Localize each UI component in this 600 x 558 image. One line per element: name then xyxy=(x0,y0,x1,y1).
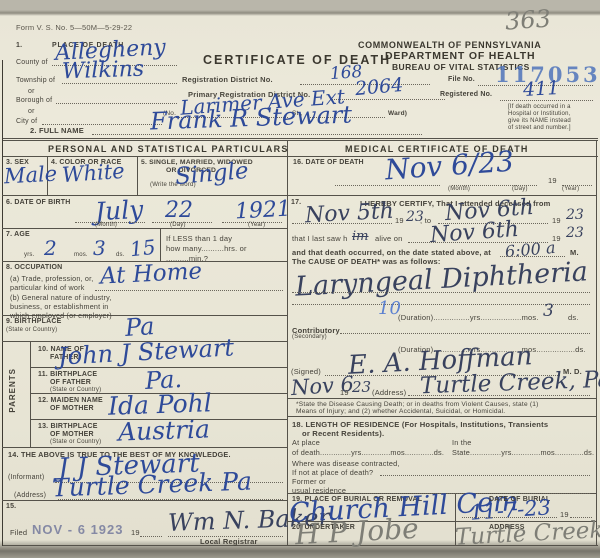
right-edge xyxy=(596,140,597,545)
age-note-1: If LESS than 1 day xyxy=(166,234,232,243)
parents-cell-divider xyxy=(30,341,31,447)
undertaker-signature: H P Jobe xyxy=(294,515,419,549)
local-registrar-label: Local Registrar xyxy=(200,537,258,546)
age-mos-label: mos. xyxy=(74,252,88,258)
commonwealth-line: COMMONWEALTH OF PENNSYLVANIA xyxy=(358,40,541,50)
dob-year-caption: (Year) xyxy=(248,222,265,228)
attended-to-year-print: 19 xyxy=(552,216,561,225)
age-ds-label: ds. xyxy=(116,252,125,258)
dod-year-print: 19 xyxy=(548,176,557,185)
contracted-label-1: Where was disease contracted, xyxy=(292,459,400,468)
burial-year-print: 19 xyxy=(560,510,569,519)
borough-label: Borough of xyxy=(16,97,52,104)
informant-label: (Informant) xyxy=(8,474,44,481)
dod-year-caption: (Year) xyxy=(562,186,579,192)
hospital-note-1: [If death occurred in a xyxy=(508,104,571,110)
mother-name-label-1: 12. MAIDEN NAME xyxy=(38,397,103,404)
contracted-line xyxy=(380,474,590,476)
former-label-2: usual residence xyxy=(292,486,346,495)
father-name-value: John J Stewart xyxy=(57,335,234,368)
mother-name-label-2: OF MOTHER xyxy=(50,405,94,412)
footnote-line-1: *State the Disease Causing Death; or in … xyxy=(296,401,539,408)
age-yrs-value: 2 xyxy=(44,238,57,258)
divider xyxy=(287,416,596,417)
occupation-b-label-1: (b) General nature of industry, xyxy=(10,293,112,302)
or-label-2: or xyxy=(28,108,35,115)
former-label-1: Former or xyxy=(292,477,326,486)
certificate-title: CERTIFICATE OF DEATH xyxy=(203,53,391,67)
hospital-note-2: Hospital or Institution, xyxy=(508,111,571,117)
sex-value: Male xyxy=(3,164,57,188)
full-name-value: Frank R Stewart xyxy=(150,102,353,133)
duration-1-ds-value: 3 xyxy=(543,303,554,320)
dod-month-caption: (Month) xyxy=(448,186,470,192)
filed-year-line xyxy=(140,535,162,537)
dob-month-caption: (Month) xyxy=(95,222,117,228)
occupation-a-label-2: particular kind of work xyxy=(10,283,85,292)
saw-text-2: alive on xyxy=(375,234,402,243)
occupation-a-line xyxy=(95,289,283,291)
item-1-number: 1. xyxy=(16,42,22,49)
attended-from-year-print: 19 xyxy=(395,216,404,225)
date-of-death-label: 16. DATE OF DEATH xyxy=(293,159,364,166)
file-no-label: File No. xyxy=(448,76,475,83)
death-certificate-scan: Form V. S. No. 5—50M—5-29-22 363 1. PLAC… xyxy=(0,0,600,558)
dob-day-caption: (Day) xyxy=(170,222,186,228)
reg-district-label: Registration District No. xyxy=(182,75,273,84)
full-name-label: 2. FULL NAME xyxy=(30,126,84,135)
death-time-line xyxy=(500,255,565,257)
informant-address-label: (Address) xyxy=(14,492,46,499)
informant-address-value: Turtle Creek Pa xyxy=(52,469,253,501)
saw-year-value: 23 xyxy=(566,226,584,240)
mother-birthplace-label-2: OF MOTHER xyxy=(50,431,94,438)
marital-value: Single xyxy=(174,160,249,189)
occupation-label: 8. OCCUPATION xyxy=(6,264,62,271)
father-birthplace-label-1: 11. BIRTHPLACE xyxy=(38,371,97,378)
city-label: City of xyxy=(16,118,37,125)
in-state-label-1: In the xyxy=(452,438,471,447)
signed-year-value: 23 xyxy=(352,380,371,395)
occupation-a-value: At Home xyxy=(99,260,202,288)
pencil-page-number: 363 xyxy=(504,6,551,33)
duration-1-ds-label: ds. xyxy=(568,313,579,322)
footnote-line-2: Means of Injury; and (2) whether Acciden… xyxy=(296,408,505,415)
personal-section-title: PERSONAL AND STATISTICAL PARTICULARS xyxy=(48,144,289,154)
borough-line xyxy=(56,102,177,104)
mother-birthplace-sub: (State or Country) xyxy=(50,439,101,445)
registered-no-value: 411 xyxy=(523,79,560,100)
dob-day-value: 22 xyxy=(165,200,193,222)
dod-month-line xyxy=(335,184,440,186)
residence-label-2: or Recent Residents). xyxy=(302,429,384,438)
age-yrs-label: yrs. xyxy=(24,252,34,258)
left-edge xyxy=(2,60,3,546)
divider xyxy=(2,447,287,448)
filed-date-stamp: NOV - 6 1923 xyxy=(32,522,124,537)
item-17-number: 17. xyxy=(291,199,301,206)
occurred-m-label: M. xyxy=(570,248,579,257)
race-value: White xyxy=(61,161,125,186)
signed-year-print: 19 xyxy=(340,388,349,397)
residence-label-1: 18. LENGTH OF RESIDENCE (For Hospitals, … xyxy=(292,420,548,429)
divider xyxy=(2,138,598,139)
cell-divider xyxy=(160,228,161,261)
hospital-note-4: of street and number.] xyxy=(508,125,571,131)
birthplace-sub: (State or Country) xyxy=(6,327,57,333)
county-label: County of xyxy=(16,59,48,66)
death-time-value: 6:00 a xyxy=(504,240,556,260)
city-line xyxy=(42,123,162,125)
birthplace-value: Pa xyxy=(124,314,155,340)
mother-birthplace-label-1: 13. BIRTHPLACE xyxy=(38,423,98,430)
ward-label: Ward) xyxy=(388,110,407,117)
primary-district-value: 2064 xyxy=(354,76,404,99)
dob-year-value: 1921 xyxy=(234,199,291,224)
duration-1-label: (Duration)................yrs...........… xyxy=(398,313,539,322)
age-note-2: how many..........hrs. or xyxy=(166,244,247,253)
township-label: Township of xyxy=(16,77,55,84)
form-number: Form V. S. No. 5—50M—5-29-22 xyxy=(16,23,132,32)
occurred-text: and that death occurred, on the date sta… xyxy=(292,248,491,257)
occupation-b-label-2: business, or establishment in xyxy=(10,302,109,311)
mother-birthplace-value: Austria xyxy=(118,416,211,444)
divider xyxy=(2,140,598,141)
birthplace-label: 9. BIRTHPLACE xyxy=(6,318,62,325)
father-birthplace-label-2: OF FATHER xyxy=(50,379,91,386)
father-birthplace-sub: (State or Country) xyxy=(50,387,101,393)
registered-no-label: Registered No. xyxy=(440,91,492,98)
hospital-note-3: give its NAME instead xyxy=(508,118,571,124)
township-value: Wilkins xyxy=(62,59,145,84)
age-mos-value: 3 xyxy=(93,238,106,258)
occupation-a-label-1: (a) Trade, profession, or, xyxy=(10,274,94,283)
department-line: DEPARTMENT OF HEALTH xyxy=(385,50,535,62)
contracted-label-2: If not at place of death? xyxy=(292,468,373,477)
dob-label: 6. DATE OF BIRTH xyxy=(6,199,71,206)
contributory-line xyxy=(340,332,590,334)
cause-line-1 xyxy=(292,291,590,293)
divider xyxy=(2,228,287,229)
filed-label: Filed xyxy=(10,528,27,537)
age-ds-value: 15 xyxy=(129,237,156,260)
cell-divider xyxy=(137,156,138,195)
date-of-death-value: Nov 6/23 xyxy=(384,148,515,185)
full-name-line xyxy=(92,133,422,135)
saw-him-value: im xyxy=(352,230,369,243)
signed-address-label: (Address) xyxy=(372,388,406,397)
divider xyxy=(2,195,287,196)
or-label: or xyxy=(28,88,35,95)
divider xyxy=(2,500,287,501)
dod-day-caption: (Day) xyxy=(512,186,528,192)
at-place-label-1: At place xyxy=(292,438,320,447)
saw-text-1: that I last saw h xyxy=(292,234,348,243)
parents-vertical-label: PARENTS xyxy=(8,368,17,413)
attended-to-year-value: 23 xyxy=(566,208,584,222)
divider xyxy=(287,195,596,196)
filed-year-print: 19 xyxy=(131,528,140,537)
signed-address-value: Turtle Creek, Pa xyxy=(420,369,600,399)
item-15-number: 15. xyxy=(6,503,16,510)
age-label: 7. AGE xyxy=(6,231,30,238)
burial-date-line xyxy=(462,516,557,518)
in-state-label-2: State..............yrs.............mos..… xyxy=(452,448,594,457)
contributory-sub: (Secondary) xyxy=(292,334,327,340)
at-place-label-2: of death..............yrs.............mo… xyxy=(292,448,444,457)
attended-from-line xyxy=(292,222,392,224)
